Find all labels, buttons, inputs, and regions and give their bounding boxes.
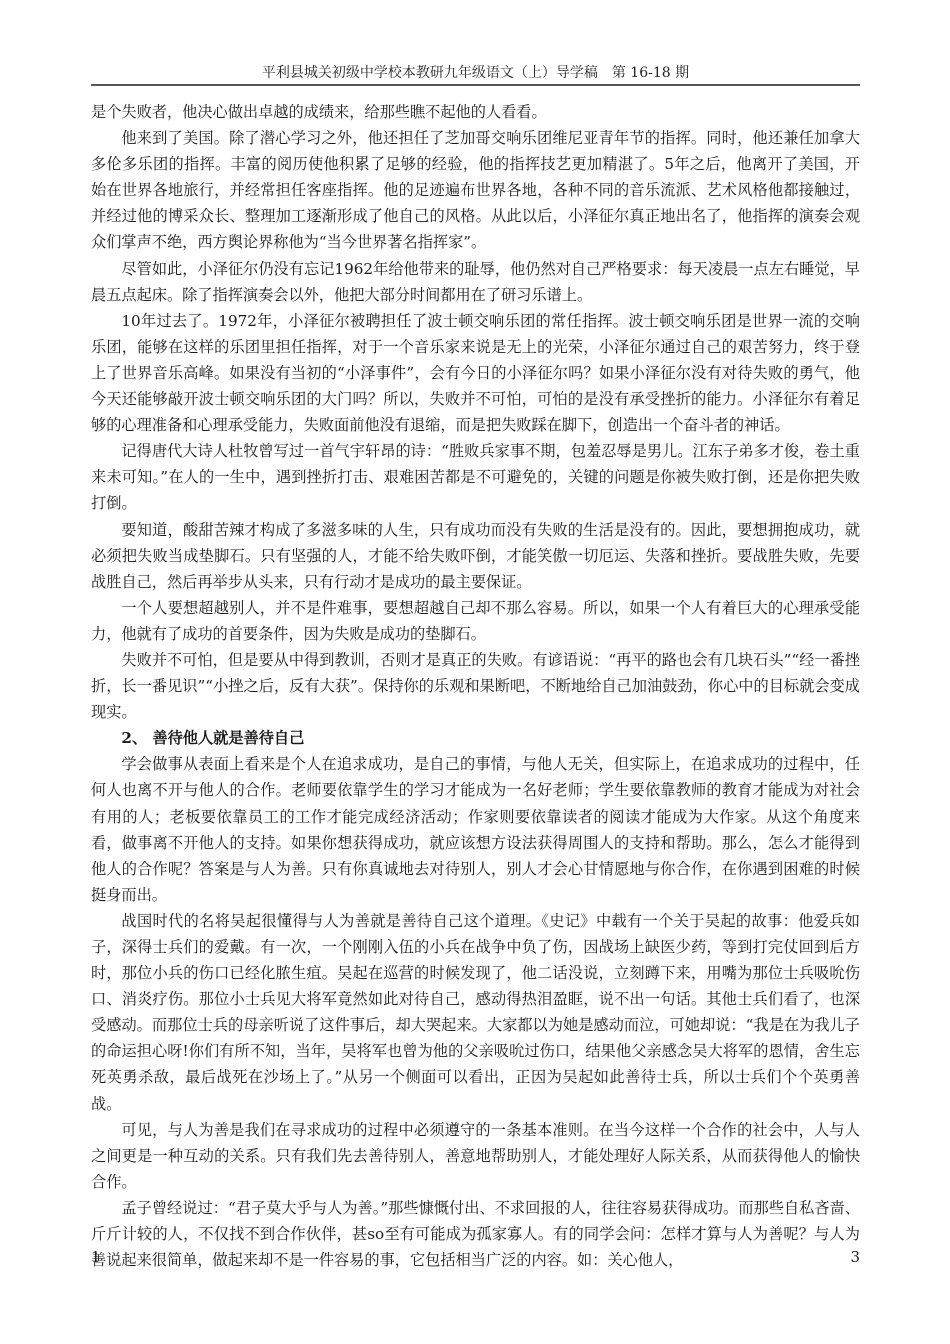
left-page-number: 1 xyxy=(91,1247,101,1267)
paragraph: 一个人要想超越别人，并不是件难事，要想超越自己却不那么容易。所以，如果一个人有着… xyxy=(91,595,860,647)
paragraph: 学会做事从表面上看来是个人在追求成功，是自己的事情，与他人无关，但实际上，在追求… xyxy=(91,751,860,908)
body-text: 是个失败者，他决心做出卓越的成绩来，给那些瞧不起他的人看看。 他来到了美国。除了… xyxy=(91,99,860,1273)
paragraph: 他来到了美国。除了潜心学习之外，他还担任了芝加哥交响乐团维尼亚青年节的指挥。同时… xyxy=(91,125,860,255)
section-heading: 2、 善待他人就是善待自己 xyxy=(91,725,860,751)
paragraph: 10年过去了。1972年，小泽征尔被聘担任了波士顿交响乐团的常任指挥。波士顿交响… xyxy=(91,308,860,438)
paragraph: 记得唐代大诗人杜牧曾写过一首气宇轩昂的诗：“胜败兵家事不期，包羞忍辱是男儿。江东… xyxy=(91,438,860,516)
paragraph: 战国时代的名将吴起很懂得与人为善就是善待自己这个道理。《史记》中载有一个关于吴起… xyxy=(91,908,860,1117)
paragraph: 失败并不可怕，但是要从中得到教训，否则才是真正的失败。有谚语说：“再平的路也会有… xyxy=(91,647,860,725)
header-rule xyxy=(91,84,860,86)
right-page-number: 3 xyxy=(850,1247,860,1267)
paragraph: 尽管如此，小泽征尔仍没有忘记1962年给他带来的耻辱，他仍然对自己严格要求：每天… xyxy=(91,256,860,308)
paragraph: 是个失败者，他决心做出卓越的成绩来，给那些瞧不起他的人看看。 xyxy=(91,99,860,125)
paragraph: 孟子曾经说过：“君子莫大乎与人为善。”那些慷慨付出、不求回报的人，往往容易获得成… xyxy=(91,1195,860,1273)
paragraph: 可见，与人为善是我们在寻求成功的过程中必须遵守的一条基本准则。在当今这样一个合作… xyxy=(91,1117,860,1195)
paragraph: 要知道，酸甜苦辣才构成了多滋多味的人生，只有成功而没有失败的生活是没有的。因此，… xyxy=(91,517,860,595)
running-header: 平利县城关初级中学校本教研九年级语文（上）导学稿 第 16-18 期 xyxy=(91,64,860,82)
